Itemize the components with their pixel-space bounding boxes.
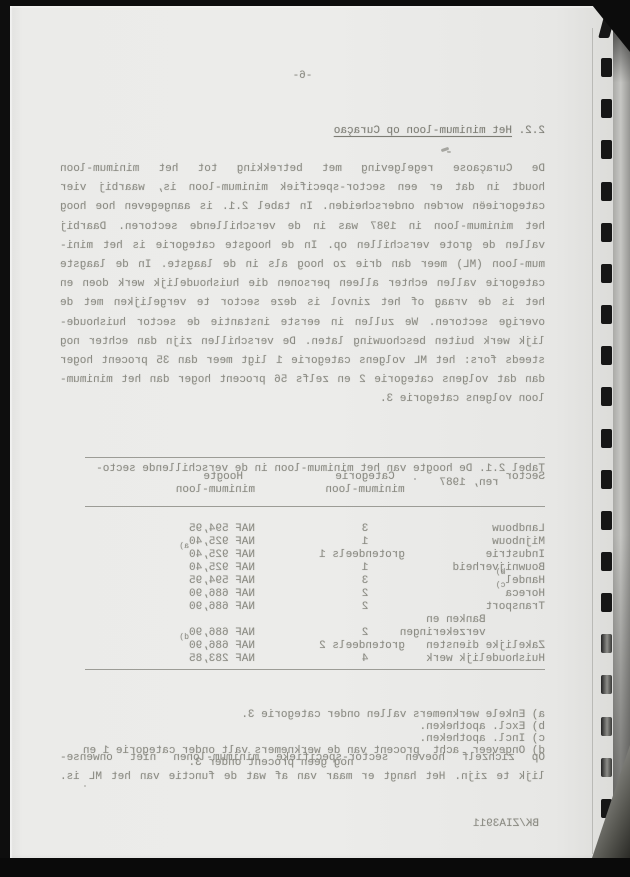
scanner-background-top: [0, 0, 630, 6]
binding-hole: [601, 717, 612, 736]
table-row: verzekeringen 2 NAF 686,90: [85, 627, 545, 640]
table-row: Huishoudelijk werk 4 NAF 283,85: [85, 653, 545, 666]
column-header-categorie: Categorie: [325, 471, 405, 484]
cell-sector: Mijnbouw: [405, 536, 545, 549]
column-header-categorie-sub: minimum-loon: [325, 484, 405, 497]
paragraph-line: het is de vraag of het zinvol is deze se…: [60, 294, 545, 313]
cell-sector: Banken en: [405, 614, 545, 627]
binding-hole: [601, 429, 612, 448]
binding-hole: [601, 387, 612, 406]
ink-speck: [84, 785, 86, 787]
table-rule-mid: [85, 506, 545, 507]
table-rule-bottom: [85, 669, 545, 670]
column-header-hoogte-sub: minimum-loon: [165, 484, 261, 497]
cell-hoogte: NAF 283,85: [165, 653, 261, 666]
paragraph-line: mum-loon (ML) meer dan drie zo hoog als …: [60, 256, 545, 275]
cell-sector: Landbouw: [405, 523, 545, 536]
table-row: Mijnbouw 1 NAF 925,40: [85, 536, 545, 549]
cell-sector: Transport: [405, 601, 545, 614]
binding-hole: [601, 593, 612, 612]
paragraph-line: categorieën worden onderscheiden. In tab…: [60, 198, 545, 217]
page-number: -6-: [60, 70, 545, 82]
cell-hoogte: NAF 686,90: [165, 601, 261, 614]
paragraph-line: lijk te zijn. Het hangt er maar van af w…: [60, 768, 545, 787]
cell-categorie: [325, 614, 405, 627]
cell-categorie: grotendeels 2: [325, 640, 405, 653]
mirrored-content: -6- 2.2. Het minimum-loon op Curaçao De …: [10, 6, 585, 858]
table-row: Banken en: [85, 614, 545, 627]
section-heading: 2.2. Het minimum-loon op Curaçao: [334, 125, 545, 137]
paragraph-1: De Curaçaose regelgeving met betrekking …: [60, 160, 545, 410]
paragraph-line: steeds fors: het ML volgens categorie 1 …: [60, 352, 545, 371]
table-row: Transport 2 NAF 686,90: [85, 601, 545, 614]
binding-hole: [601, 634, 612, 653]
cell-sector: Handelb): [405, 575, 545, 588]
binding-hole: [601, 675, 612, 694]
scanner-background-left: [0, 0, 10, 877]
page-edge-line: [592, 28, 593, 854]
cell-categorie: grotendeels 1: [325, 549, 405, 562]
section-number: 2.2.: [519, 125, 545, 137]
table-row: Horecac) 2 NAF 686,90: [85, 588, 545, 601]
scanner-background-bottom: [0, 858, 630, 877]
cell-hoogte: NAF 594,95: [165, 523, 261, 536]
cell-hoogte: NAF 925,40a): [165, 549, 261, 562]
cell-categorie: 3: [325, 523, 405, 536]
paragraph-line: dan dat volgens categorie 2 en zelfs 56 …: [60, 371, 545, 390]
paragraph-line: het minimum-loon in 1987 was in de versc…: [60, 218, 545, 237]
document-code: BK/ZIA3911: [473, 818, 539, 830]
binding-hole: [601, 182, 612, 201]
cell-categorie: 2: [325, 601, 405, 614]
cell-categorie: 1: [325, 562, 405, 575]
section-title: Het minimum-loon op Curaçao: [334, 125, 512, 137]
cell-sector: Horecac): [405, 588, 545, 601]
binding-hole: [601, 264, 612, 283]
binding-hole: [601, 758, 612, 777]
paragraph-line: houdt in dat er een sector-specifiek min…: [60, 179, 545, 198]
binding-hole: [601, 511, 612, 530]
ink-speck: [414, 478, 416, 480]
cell-hoogte: NAF 686,90d): [165, 640, 261, 653]
binding-hole: [601, 305, 612, 324]
cell-hoogte: NAF 594,95: [165, 575, 261, 588]
table-row: Industrie grotendeels 1 NAF 925,40a): [85, 549, 545, 562]
paragraph-line: Op zichzelf hoeven sector-specifieke min…: [60, 749, 545, 768]
cell-categorie: 1: [325, 536, 405, 549]
binding-hole: [601, 58, 612, 77]
column-header-sector: Sector: [405, 471, 545, 484]
table-rule-top: [85, 457, 545, 458]
table-header: Sector Categorie Hoogte minimum-loon min…: [85, 471, 545, 497]
paragraph-line: overige sectoren. We zullen in eerste in…: [60, 314, 545, 333]
cell-sector: verzekeringen: [405, 627, 545, 640]
cell-sector: Bouwnijverheid: [405, 562, 545, 575]
binding-hole: [601, 346, 612, 365]
cell-categorie: 4: [325, 653, 405, 666]
footnote-line: c) Incl. apotheken.: [85, 734, 545, 746]
cell-sector: Huishoudelijk werk: [405, 653, 545, 666]
cell-categorie: 2: [325, 588, 405, 601]
paragraph-line: vallen de grote verschillen op. In de ho…: [60, 237, 545, 256]
binding-hole: [601, 223, 612, 242]
cell-categorie: 2: [325, 627, 405, 640]
cell-categorie: 3: [325, 575, 405, 588]
table-row: Bouwnijverheid 1 NAF 925,40: [85, 562, 545, 575]
paragraph-line: lijk werk buiten beschouwing laten. De v…: [60, 333, 545, 352]
table-rows: Landbouw 3 NAF 594,95 Mijnbouw 1 NAF 925…: [85, 523, 545, 666]
cell-hoogte: [165, 614, 261, 627]
cell-hoogte: NAF 686,90: [165, 588, 261, 601]
page-edge-strip: [613, 6, 630, 858]
cell-sector: Industrie: [405, 549, 545, 562]
column-header-hoogte: Hoogte: [165, 471, 261, 484]
table-row: Zakelijke diensten grotendeels 2 NAF 686…: [85, 640, 545, 653]
binding-hole: [601, 99, 612, 118]
cell-hoogte: NAF 925,40: [165, 562, 261, 575]
paragraph-line: De Curaçaose regelgeving met betrekking …: [60, 160, 545, 179]
binding-hole: [601, 552, 612, 571]
paragraph-line: loon volgens categorie 3.: [60, 390, 545, 409]
binding-hole: [601, 140, 612, 159]
paragraph-2: Op zichzelf hoeven sector-specifieke min…: [60, 749, 545, 787]
table-row: Landbouw 3 NAF 594,95: [85, 523, 545, 536]
scanned-page: -6- 2.2. Het minimum-loon op Curaçao De …: [0, 0, 630, 877]
cell-sector: Zakelijke diensten: [405, 640, 545, 653]
table-row: Handelb) 3 NAF 594,95: [85, 575, 545, 588]
paragraph-line: categorie vallen echter alleen personen …: [60, 275, 545, 294]
binding-hole: [601, 470, 612, 489]
